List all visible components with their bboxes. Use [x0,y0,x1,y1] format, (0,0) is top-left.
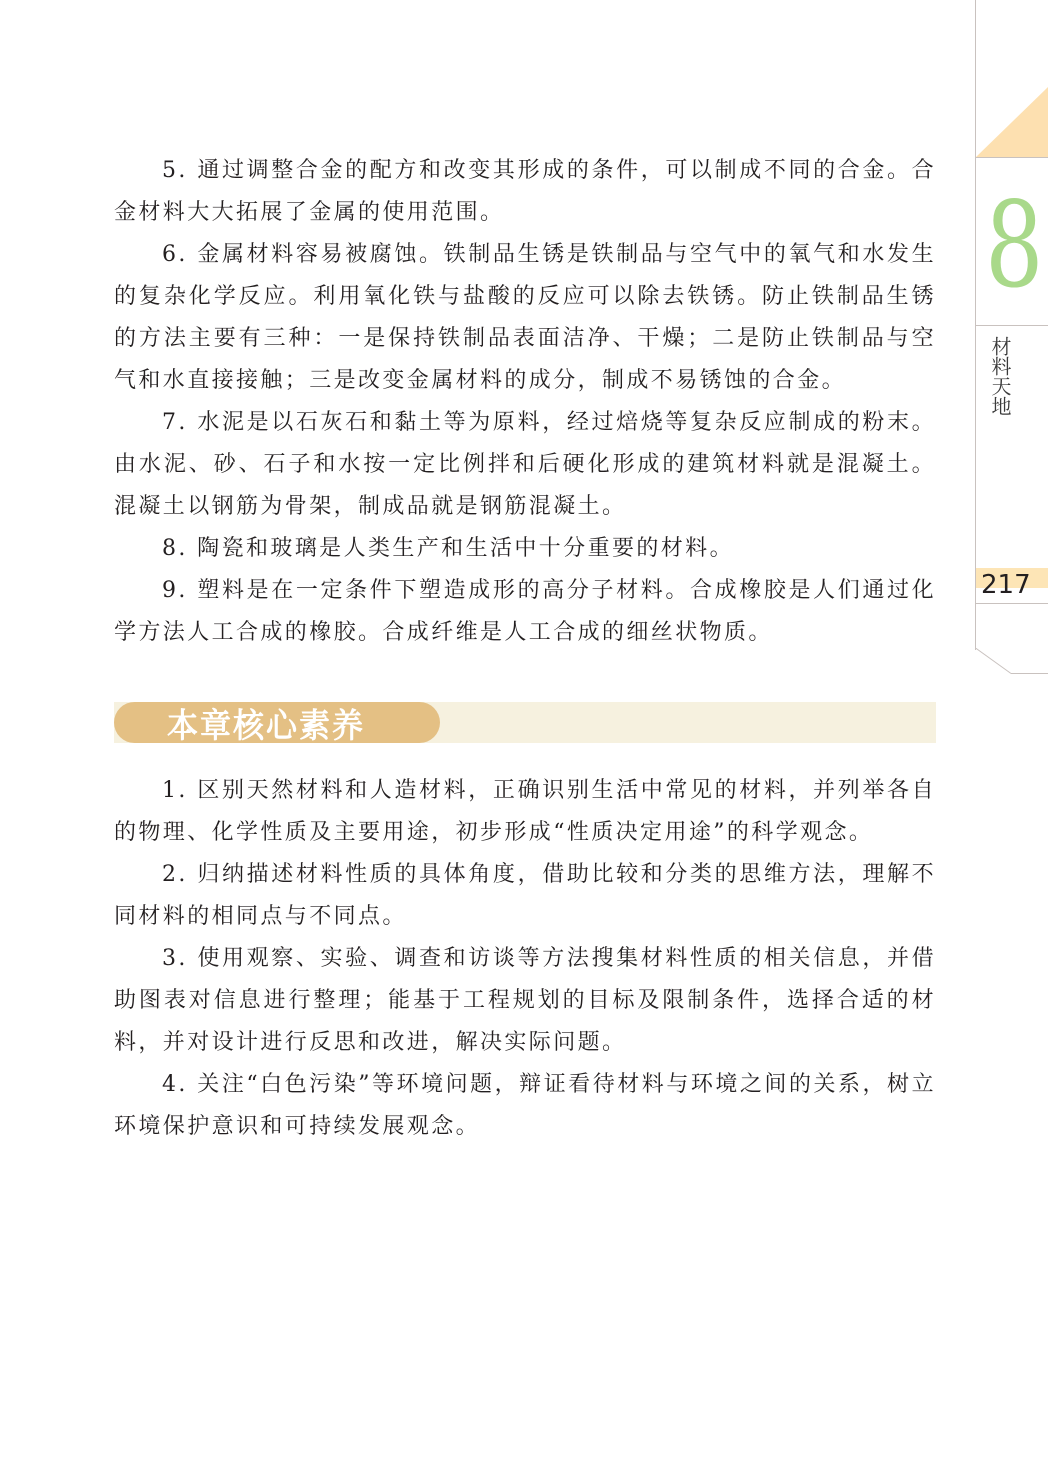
summary-item-9: 9. 塑料是在一定条件下塑造成形的高分子材料。合成橡胶是人们通过化学方法人工合成… [114,570,936,654]
side-rule-bottom [976,603,1048,604]
section-title: 本章核心素养 [167,698,365,747]
chapter-title: 材料天地 [987,336,1011,416]
side-rule-top [976,157,1048,158]
chapter-summary: 5. 通过调整合金的配方和改变其形成的条件，可以制成不同的合金。合金材料大大拓展… [114,150,936,654]
side-corner-bevel [975,648,1015,676]
corner-triangle-decoration [976,87,1048,157]
core-literacy-item-3: 3. 使用观察、实验、调查和访谈等方法搜集材料性质的相关信息，并借助图表对信息进… [114,938,936,1064]
chapter-side-tab: 8 材料天地 217 [975,0,1048,680]
page-number: 217 [981,570,1031,600]
summary-item-8: 8. 陶瓷和玻璃是人类生产和生活中十分重要的材料。 [114,528,936,570]
core-literacy-item-4: 4. 关注“白色污染”等环境问题，辩证看待材料与环境之间的关系，树立环境保护意识… [114,1064,936,1148]
side-bottom-line [1011,673,1048,674]
banner-pill: 本章核心素养 [114,702,440,743]
chapter-number: 8 [985,186,1044,304]
side-rule-middle [976,325,1048,326]
core-literacy-item-1: 1. 区别天然材料和人造材料，正确识别生活中常见的材料，并列举各自的物理、化学性… [114,770,936,854]
summary-item-7: 7. 水泥是以石灰石和黏土等为原料，经过焙烧等复杂反应制成的粉末。由水泥、砂、石… [114,402,936,528]
core-literacy-item-2: 2. 归纳描述材料性质的具体角度，借助比较和分类的思维方法，理解不同材料的相同点… [114,854,936,938]
summary-item-5: 5. 通过调整合金的配方和改变其形成的条件，可以制成不同的合金。合金材料大大拓展… [114,150,936,234]
core-literacy-list: 1. 区别天然材料和人造材料，正确识别生活中常见的材料，并列举各自的物理、化学性… [114,770,936,1148]
core-literacy-banner: 本章核心素养 [114,702,936,743]
summary-item-6: 6. 金属材料容易被腐蚀。铁制品生锈是铁制品与空气中的氧气和水发生的复杂化学反应… [114,234,936,402]
